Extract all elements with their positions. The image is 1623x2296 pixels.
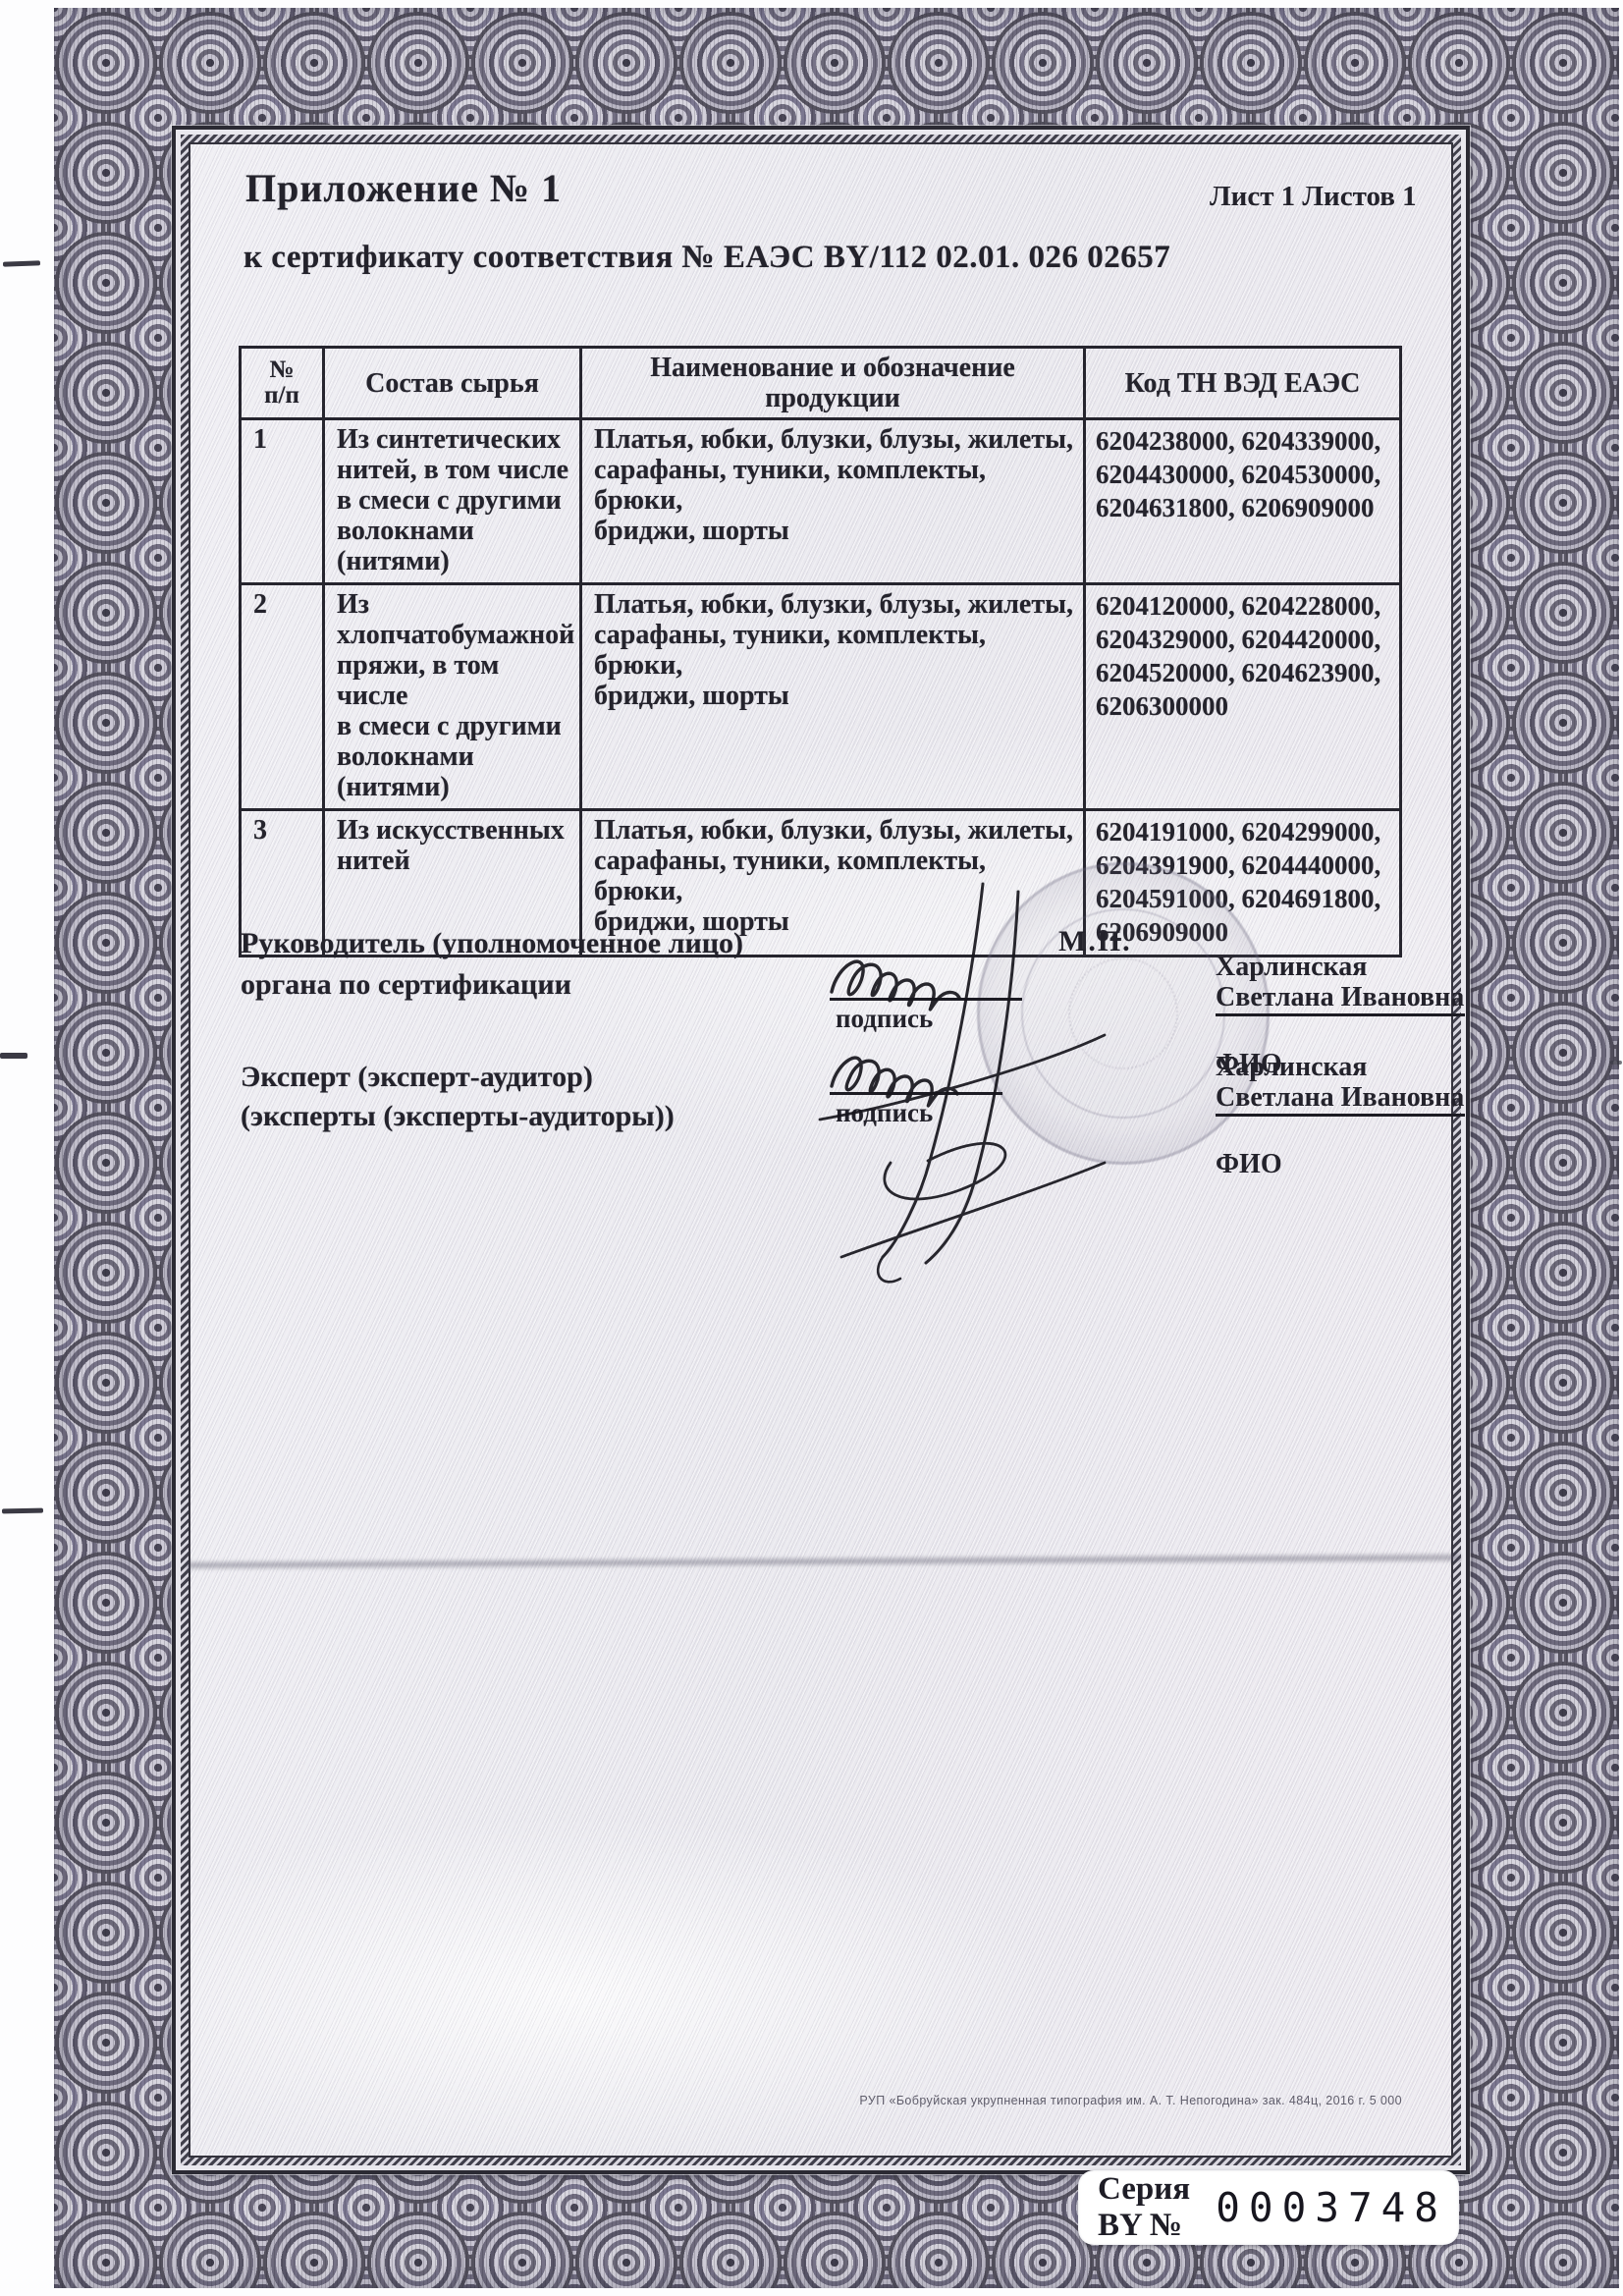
expert-name-block: Харлинская Светлана Ивановна ФИО xyxy=(1216,1021,1465,1210)
expert-name: Харлинская Светлана Ивановна xyxy=(1216,1052,1465,1117)
certificate-annex-page: Приложение № 1 Лист 1 Листов 1 к сертифи… xyxy=(0,0,1623,2296)
printing-house-note: РУП «Бобруйская укрупненная типография и… xyxy=(727,2094,1402,2107)
cell-code: 6204120000, 6204228000, 6204329000, 6204… xyxy=(1085,584,1401,810)
col-header-num: № п/п xyxy=(241,348,324,419)
cell-product: Платья, юбки, блузки, блузы, жилеты, сар… xyxy=(581,584,1085,810)
head-of-body-label-2: органа по сертификации xyxy=(241,968,571,1002)
col-header-product: Наименование и обозначение продукции xyxy=(581,348,1085,419)
table-row: 2 Из хлопчатобумажной пряжи, в том числе… xyxy=(241,584,1401,810)
expert-label-2: (эксперты (эксперты-аудиторы)) xyxy=(241,1100,675,1133)
scan-artifact xyxy=(2,1508,43,1514)
certificate-reference: к сертификату соответствия № ЕАЭС BY/112… xyxy=(243,240,1170,276)
series-label: Серия BY № xyxy=(1078,2171,1216,2244)
cell-material: Из хлопчатобумажной пряжи, в том числе в… xyxy=(324,584,581,810)
series-number: 0003748 xyxy=(1216,2184,1459,2231)
fio-caption-expert: ФИО xyxy=(1216,1147,1465,1179)
scan-artifact xyxy=(1610,1061,1622,1065)
scan-artifact xyxy=(0,1053,27,1059)
head-name: Харлинская Светлана Ивановна xyxy=(1216,952,1465,1016)
cell-product: Платья, юбки, блузки, блузы, жилеты, сар… xyxy=(581,419,1085,584)
handwritten-signatures xyxy=(781,866,1119,1298)
col-header-material: Состав сырья xyxy=(324,348,581,419)
cell-num: 1 xyxy=(241,419,324,584)
series-number-plate: Серия BY № 0003748 xyxy=(1078,2170,1459,2245)
cell-code: 6204238000, 6204339000, 6204430000, 6204… xyxy=(1085,419,1401,584)
cell-num: 2 xyxy=(241,584,324,810)
scan-artifact xyxy=(3,260,40,266)
expert-label: Эксперт (эксперт-аудитор) xyxy=(241,1061,593,1094)
table-header-row: № п/п Состав сырья Наименование и обозна… xyxy=(241,348,1401,419)
page-title: Приложение № 1 xyxy=(245,165,562,211)
col-header-code: Код ТН ВЭД ЕАЭС xyxy=(1085,348,1401,419)
cell-material: Из синтетических нитей, в том числе в см… xyxy=(324,419,581,584)
sheet-counter: Лист 1 Листов 1 xyxy=(1210,181,1417,213)
table-row: 1 Из синтетических нитей, в том числе в … xyxy=(241,419,1401,584)
head-of-body-label: Руководитель (уполномоченное лицо) xyxy=(241,927,743,960)
